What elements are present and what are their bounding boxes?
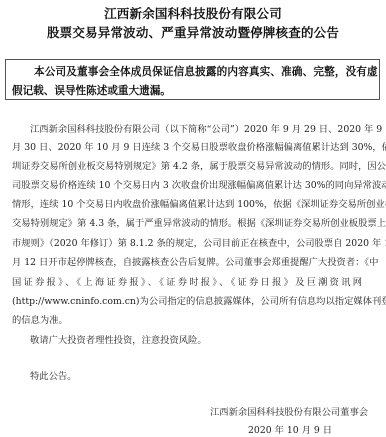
body-line: (http://www.cninfo.com.cn)为公司指定的信息披露媒体，公…: [12, 293, 362, 307]
body-line: 月 30 日、2020 年 10 月 9 日连续 3 个交易日股票收盘价格涨幅偏…: [12, 139, 362, 153]
closing-statement: 特此公告。: [30, 368, 77, 382]
body-line: 市规则》（2020 年修订）第 8.1.2 条的规定，公司目前正在核查中，公司股…: [12, 235, 362, 249]
risk-warning: 敬请广大投资者理性投资，注意投资风险。: [30, 332, 207, 346]
body-line: 国证券报》、《上海证券报》、《证券时报》、《证券日报》及巨潮资讯网: [12, 274, 362, 288]
body-line: 情形，连续 10 个交易日内收盘价涨幅偏离值累计达到 100%，依据《深圳证券交…: [12, 196, 362, 210]
disclaimer-line-2: 假记载、误导性陈述或重大遗漏。: [12, 83, 171, 98]
announcement-title: 股票交易异常波动、严重异常波动暨停牌核查的公告: [0, 23, 386, 41]
body-line: 司股票交易价格连续 10 个交易日内 3 次收盘价出现涨幅偏离值累计达 30%的…: [12, 177, 362, 191]
company-name: 江西新余国科科技股份有限公司: [0, 4, 386, 22]
body-line: 交易特别规定》第 4.3 条，属于严重异常波动的情形。根据《深圳证券交易所创业板…: [12, 215, 362, 229]
signature-board: 江西新余国科科技股份有限公司董事会: [210, 404, 368, 418]
body-line: 圳证券交易所创业板交易特别规定》第 4.2 条，属于股票交易异常波动的情形。同时…: [12, 158, 362, 172]
body-line: 江西新余国科科技股份有限公司（以下简称“公司”）2020 年 9 月 29 日、…: [30, 121, 362, 135]
body-line: 月 12 日开市起停牌核查，自披露核查公告后复牌。公司董事会郑重提醒广大投资者：…: [12, 254, 362, 268]
disclaimer-box: 本公司及董事会全体成员保证信息披露的内容真实、准确、完整，没有虚 假记载、误导性…: [5, 59, 380, 100]
body-line: 的信息为准。: [12, 312, 362, 326]
signature-date: 2020 年 10 月 9 日: [248, 422, 332, 436]
disclaimer-line-1: 本公司及董事会全体成员保证信息披露的内容真实、准确、完整，没有虚: [34, 64, 378, 79]
